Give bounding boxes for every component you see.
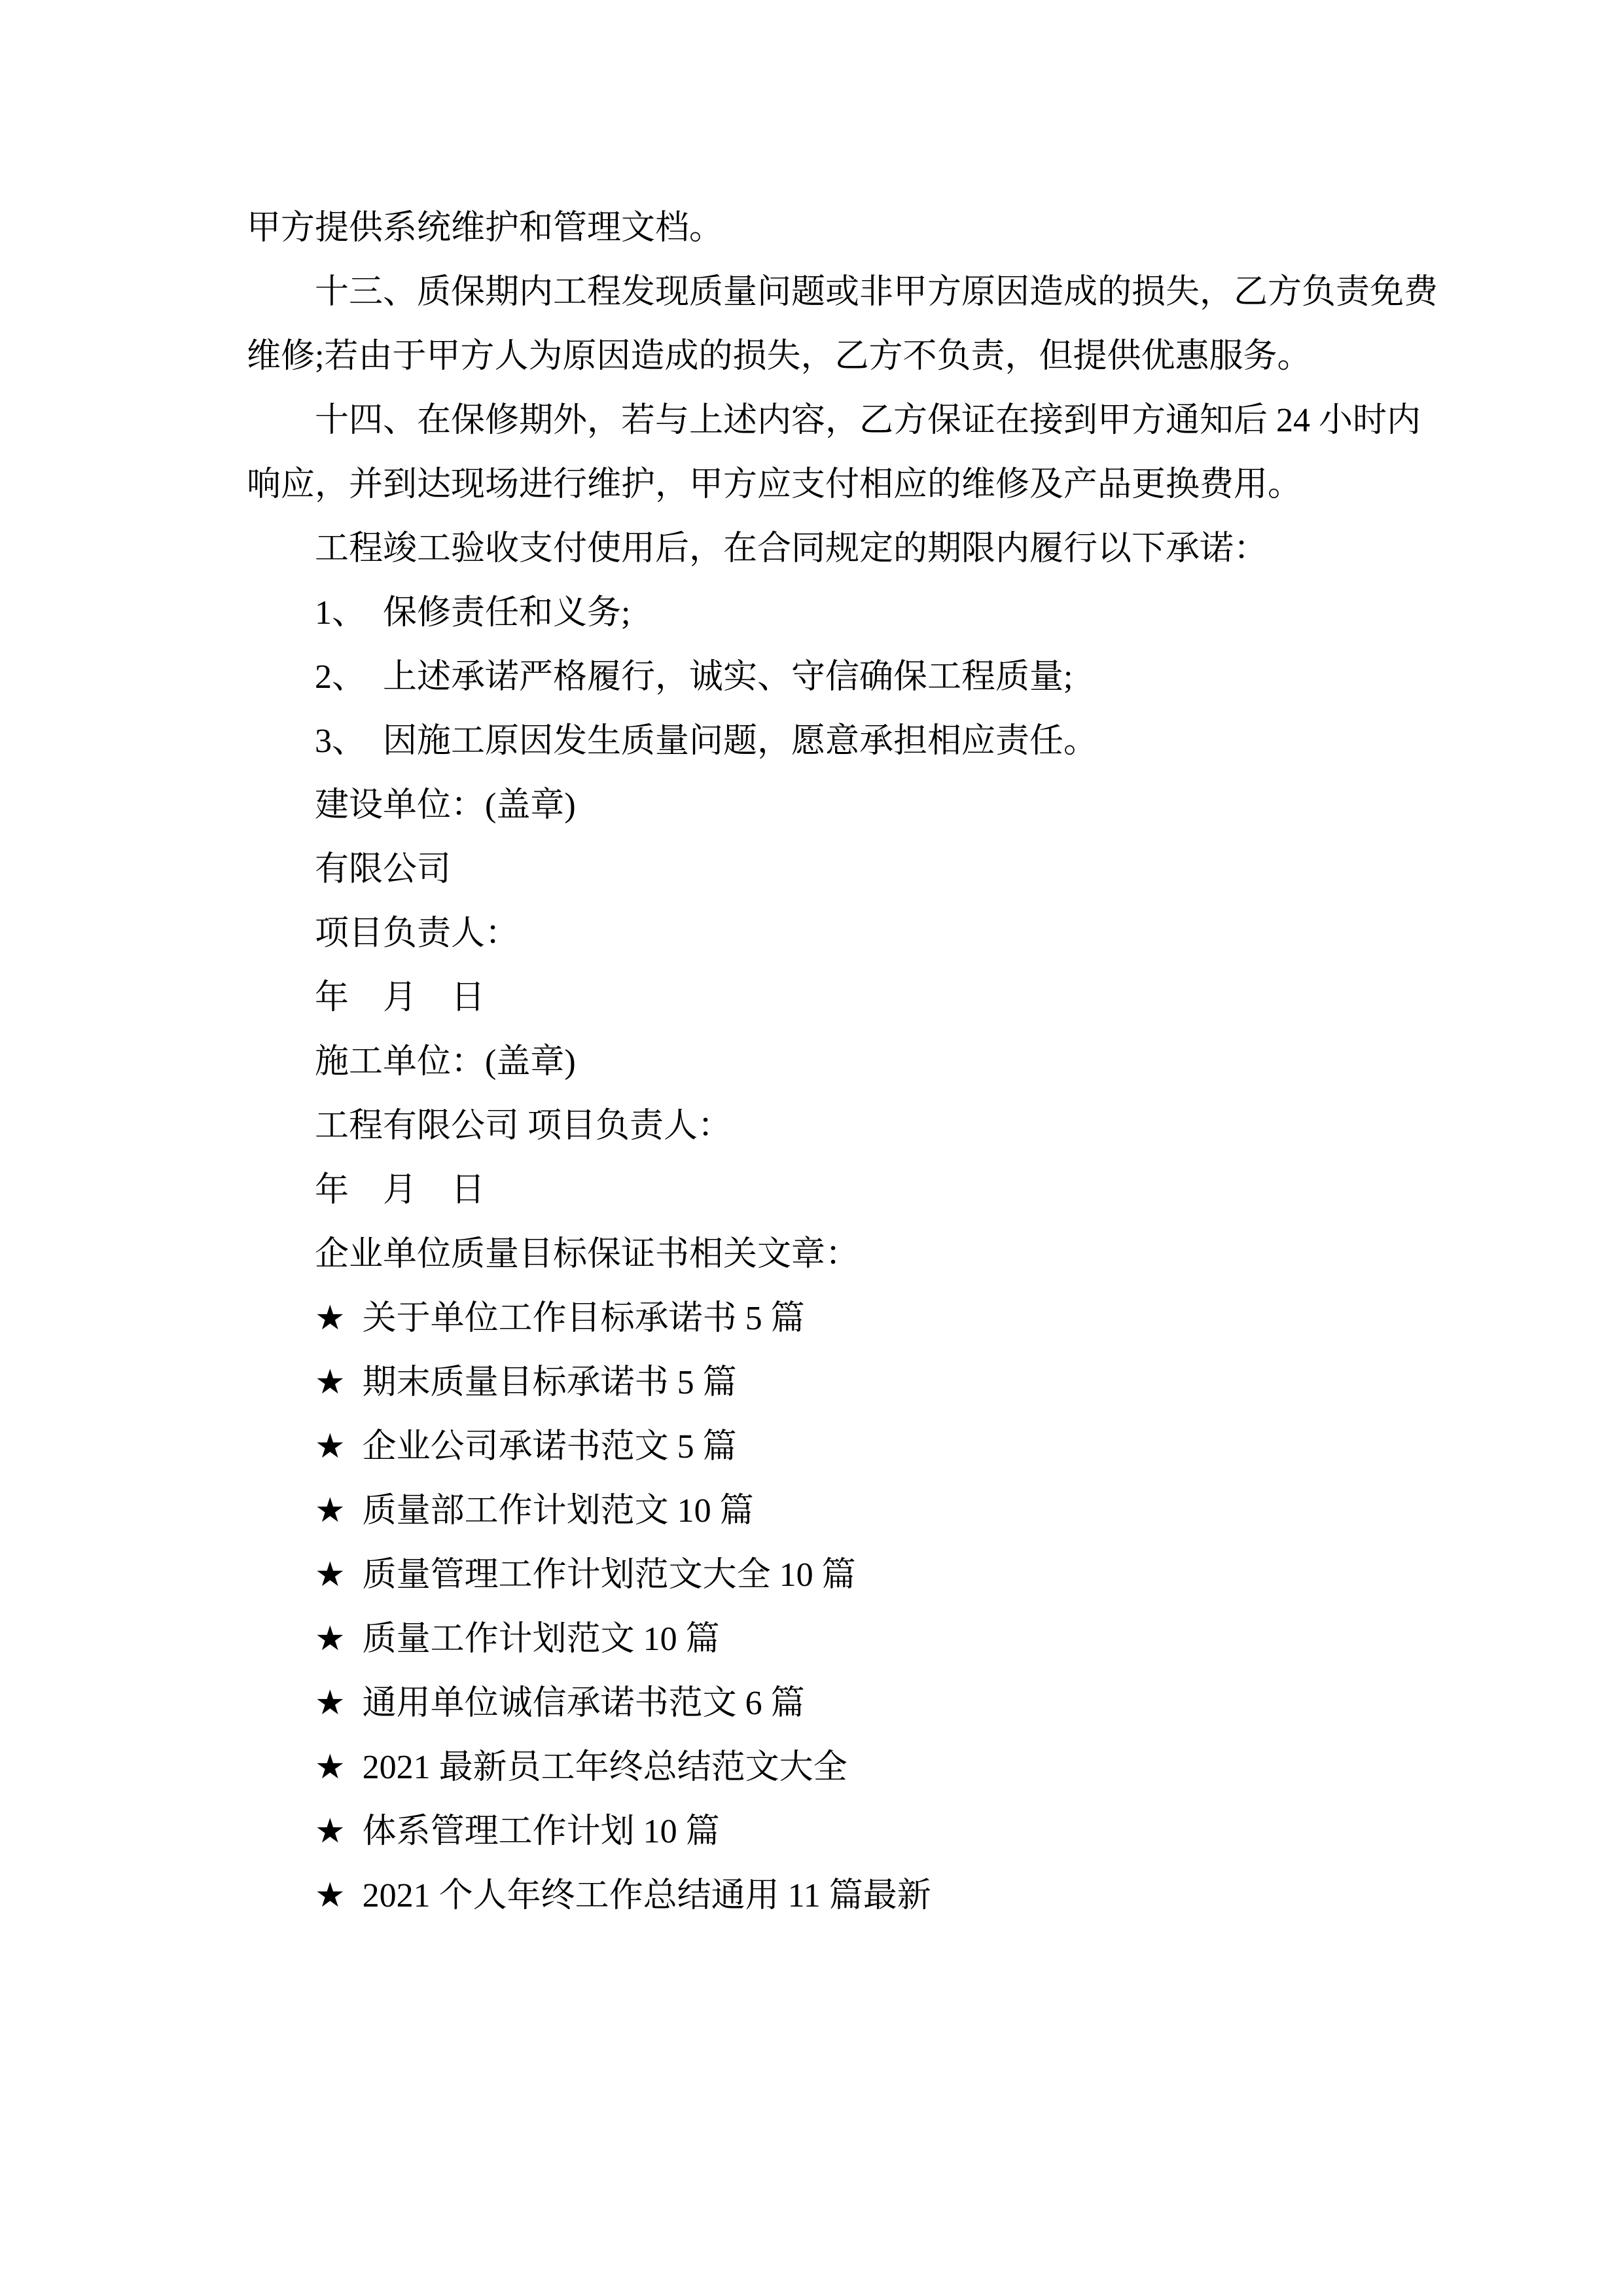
- star-icon: ★: [315, 1607, 346, 1672]
- related-article-title: 通用单位诚信承诺书范文 6 篇: [363, 1685, 805, 1722]
- star-icon: ★: [315, 1736, 346, 1800]
- star-icon: ★: [315, 1672, 346, 1736]
- item-text: 上述承诺严格履行，诚实、守信确保工程质量;: [383, 658, 1073, 696]
- clause-13-line-2: 维修;若由于甲方人为原因造成的损失，乙方不负责，但提供优惠服务。: [247, 325, 1425, 389]
- related-article-item-3: ★企业公司承诺书范文 5 篇: [247, 1415, 1425, 1479]
- related-article-item-1: ★关于单位工作目标承诺书 5 篇: [247, 1287, 1425, 1351]
- related-article-title: 企业公司承诺书范文 5 篇: [363, 1428, 737, 1465]
- related-articles-heading: 企业单位质量目标保证书相关文章：: [247, 1223, 1425, 1287]
- related-article-title: 期末质量目标承诺书 5 篇: [363, 1364, 737, 1401]
- related-article-title: 质量管理工作计划范文大全 10 篇: [363, 1556, 856, 1594]
- signature-build-unit-line: 建设单位：(盖章): [247, 774, 1425, 838]
- signature-build-date-line: 年 月 日: [247, 966, 1425, 1030]
- related-article-title: 2021 最新员工年终总结范文大全: [363, 1749, 847, 1786]
- related-article-item-4: ★质量部工作计划范文 10 篇: [247, 1479, 1425, 1543]
- related-article-title: 质量工作计划范文 10 篇: [363, 1621, 720, 1658]
- commitment-item-2: 2、上述承诺严格履行，诚实、守信确保工程质量;: [247, 645, 1425, 709]
- document-page: 甲方提供系统维护和管理文档。 十三、质保期内工程发现质量问题或非甲方原因造成的损…: [0, 0, 1623, 2296]
- related-article-item-2: ★期末质量目标承诺书 5 篇: [247, 1351, 1425, 1415]
- related-article-title: 质量部工作计划范文 10 篇: [363, 1492, 754, 1530]
- related-article-title: 2021 个人年终工作总结通用 11 篇最新: [363, 1877, 931, 1914]
- paragraph-continuation-line: 甲方提供系统维护和管理文档。: [247, 196, 1425, 260]
- related-article-title: 体系管理工作计划 10 篇: [363, 1813, 720, 1850]
- related-article-item-6: ★质量工作计划范文 10 篇: [247, 1607, 1425, 1672]
- item-number: 2、: [315, 645, 366, 709]
- star-icon: ★: [315, 1287, 346, 1351]
- clause-14-line-2: 响应，并到达现场进行维护，甲方应支付相应的维修及产品更换费用。: [247, 453, 1425, 517]
- related-article-item-7: ★通用单位诚信承诺书范文 6 篇: [247, 1672, 1425, 1736]
- star-icon: ★: [315, 1415, 346, 1479]
- star-icon: ★: [315, 1864, 346, 1928]
- related-article-item-5: ★质量管理工作计划范文大全 10 篇: [247, 1543, 1425, 1607]
- commitment-item-3: 3、因施工原因发生质量问题，愿意承担相应责任。: [247, 709, 1425, 774]
- signature-construct-unit-line: 施工单位：(盖章): [247, 1030, 1425, 1094]
- signature-construct-leader-line: 工程有限公司 项目负责人：: [247, 1094, 1425, 1158]
- related-article-title: 关于单位工作目标承诺书 5 篇: [363, 1300, 805, 1337]
- document-content: 甲方提供系统维护和管理文档。 十三、质保期内工程发现质量问题或非甲方原因造成的损…: [247, 196, 1425, 1928]
- item-text: 因施工原因发生质量问题，愿意承担相应责任。: [383, 723, 1097, 760]
- signature-build-leader-line: 项目负责人：: [247, 902, 1425, 966]
- commitment-item-1: 1、保修责任和义务;: [247, 581, 1425, 645]
- item-number: 3、: [315, 709, 366, 774]
- star-icon: ★: [315, 1543, 346, 1607]
- related-article-item-9: ★体系管理工作计划 10 篇: [247, 1800, 1425, 1864]
- item-number: 1、: [315, 581, 366, 645]
- related-article-item-8: ★2021 最新员工年终总结范文大全: [247, 1736, 1425, 1800]
- item-text: 保修责任和义务;: [383, 594, 630, 632]
- related-article-item-10: ★2021 个人年终工作总结通用 11 篇最新: [247, 1864, 1425, 1928]
- star-icon: ★: [315, 1351, 346, 1415]
- commitment-intro-line: 工程竣工验收支付使用后，在合同规定的期限内履行以下承诺：: [247, 517, 1425, 581]
- star-icon: ★: [315, 1800, 346, 1864]
- clause-14-line-1: 十四、在保修期外，若与上述内容，乙方保证在接到甲方通知后 24 小时内: [247, 389, 1425, 453]
- star-icon: ★: [315, 1479, 346, 1543]
- signature-build-company-line: 有限公司: [247, 838, 1425, 902]
- signature-construct-date-line: 年 月 日: [247, 1158, 1425, 1223]
- clause-13-line-1: 十三、质保期内工程发现质量问题或非甲方原因造成的损失，乙方负责免费: [247, 260, 1425, 325]
